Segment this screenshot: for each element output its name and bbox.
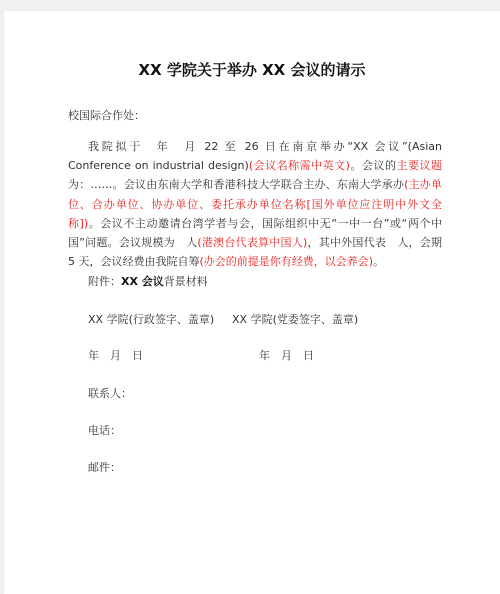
attachment-name-bold: XX 会议 <box>121 275 164 288</box>
note-funding: (办会的前提是你有经费，以会养会) <box>200 255 374 268</box>
signature-party: XX 学院(党委签字、盖章) <box>232 313 358 327</box>
attachment-line: 附件：XX 会议背景材料 <box>88 275 208 289</box>
attachment-label: 附件： <box>88 275 121 288</box>
body-text: 。 <box>373 255 384 268</box>
note-main-topics: 主要议题 <box>396 159 442 172</box>
body-text: 。会议的 <box>350 159 397 172</box>
recipient-line: 校国际合作处： <box>68 109 145 123</box>
signature-admin: XX 学院(行政签字、盖章) <box>88 313 214 327</box>
document-title: XX 学院关于举办 XX 会议的请示 <box>4 59 500 80</box>
attachment-name: 背景材料 <box>164 275 208 288</box>
date-right: 年 月 日 <box>259 349 314 363</box>
contact-email-label: 邮件： <box>88 461 121 475</box>
date-left: 年 月 日 <box>88 349 143 363</box>
contact-phone-label: 电话： <box>88 424 121 438</box>
note-hk-macau-taiwan: (港澳台代表算中国人) <box>197 236 307 249</box>
body-paragraph: 我院拟于 年 月 22 至 26 日在南京举办“XX 会议”(Asian Con… <box>68 137 442 271</box>
body-text: 为：……。会议由东南大学和香港科技大学联合主办、东南大学承办 <box>68 178 404 191</box>
note-conference-name: (会议名称需中英文) <box>249 159 350 172</box>
contact-person-label: 联系人： <box>88 387 132 401</box>
document-page: XX 学院关于举办 XX 会议的请示 校国际合作处： 我院拟于 年 月 22 至… <box>4 11 500 594</box>
